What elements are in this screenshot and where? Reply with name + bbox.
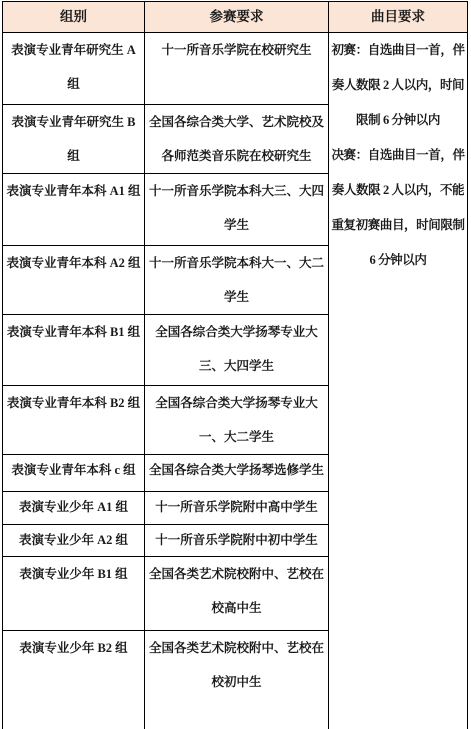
repertoire-cell: 初赛：自选曲目一首，伴 奏人数限 2 人以内，时间 限制 6 分钟以内 决赛：自… bbox=[329, 33, 468, 729]
requirement-cell: 十一所音乐学院在校研究生 bbox=[145, 33, 329, 105]
requirement-cell: 十一所音乐学院附中高中学生 bbox=[145, 492, 329, 525]
requirement-cell: 全国各综合类大学、艺术院校及 各师范类音乐院在校研究生 bbox=[145, 105, 329, 174]
group-cell: 表演专业少年 B1 组 bbox=[3, 557, 145, 631]
group-cell: 表演专业青年本科 B1 组 bbox=[3, 315, 145, 386]
requirement-cell: 全国各类艺术院校附中、艺校在 校初中生 bbox=[145, 631, 329, 729]
requirement-cell: 十一所音乐学院本科大三、大四 学生 bbox=[145, 174, 329, 246]
header-cell-repertoire: 曲目要求 bbox=[329, 2, 468, 33]
header-row: 组别 参赛要求 曲目要求 bbox=[3, 2, 468, 33]
group-cell: 表演专业少年 A1 组 bbox=[3, 492, 145, 525]
groups-table: 组别 参赛要求 曲目要求 表演专业青年研究生 A 组 十一所音乐学院在校研究生 … bbox=[2, 1, 468, 729]
group-cell: 表演专业青年本科 c 组 bbox=[3, 455, 145, 492]
table-row: 表演专业青年研究生 A 组 十一所音乐学院在校研究生 初赛：自选曲目一首，伴 奏… bbox=[3, 33, 468, 105]
header-cell-group: 组别 bbox=[3, 2, 145, 33]
requirement-cell: 全国各类艺术院校附中、艺校在 校高中生 bbox=[145, 557, 329, 631]
page: 组别 参赛要求 曲目要求 表演专业青年研究生 A 组 十一所音乐学院在校研究生 … bbox=[0, 0, 471, 729]
group-cell: 表演专业青年本科 A2 组 bbox=[3, 246, 145, 315]
group-cell: 表演专业少年 B2 组 bbox=[3, 631, 145, 729]
group-cell: 表演专业青年本科 A1 组 bbox=[3, 174, 145, 246]
group-cell: 表演专业少年 A2 组 bbox=[3, 525, 145, 557]
requirement-cell: 全国各综合类大学扬琴选修学生 bbox=[145, 455, 329, 492]
requirement-cell: 全国各综合类大学扬琴专业大 一、大二学生 bbox=[145, 386, 329, 455]
requirement-cell: 全国各综合类大学扬琴专业大 三、大四学生 bbox=[145, 315, 329, 386]
header-cell-requirement: 参赛要求 bbox=[145, 2, 329, 33]
group-cell: 表演专业青年研究生 B 组 bbox=[3, 105, 145, 174]
requirement-cell: 十一所音乐学院本科大一、大二 学生 bbox=[145, 246, 329, 315]
group-cell: 表演专业青年研究生 A 组 bbox=[3, 33, 145, 105]
group-cell: 表演专业青年本科 B2 组 bbox=[3, 386, 145, 455]
requirement-cell: 十一所音乐学院附中初中学生 bbox=[145, 525, 329, 557]
